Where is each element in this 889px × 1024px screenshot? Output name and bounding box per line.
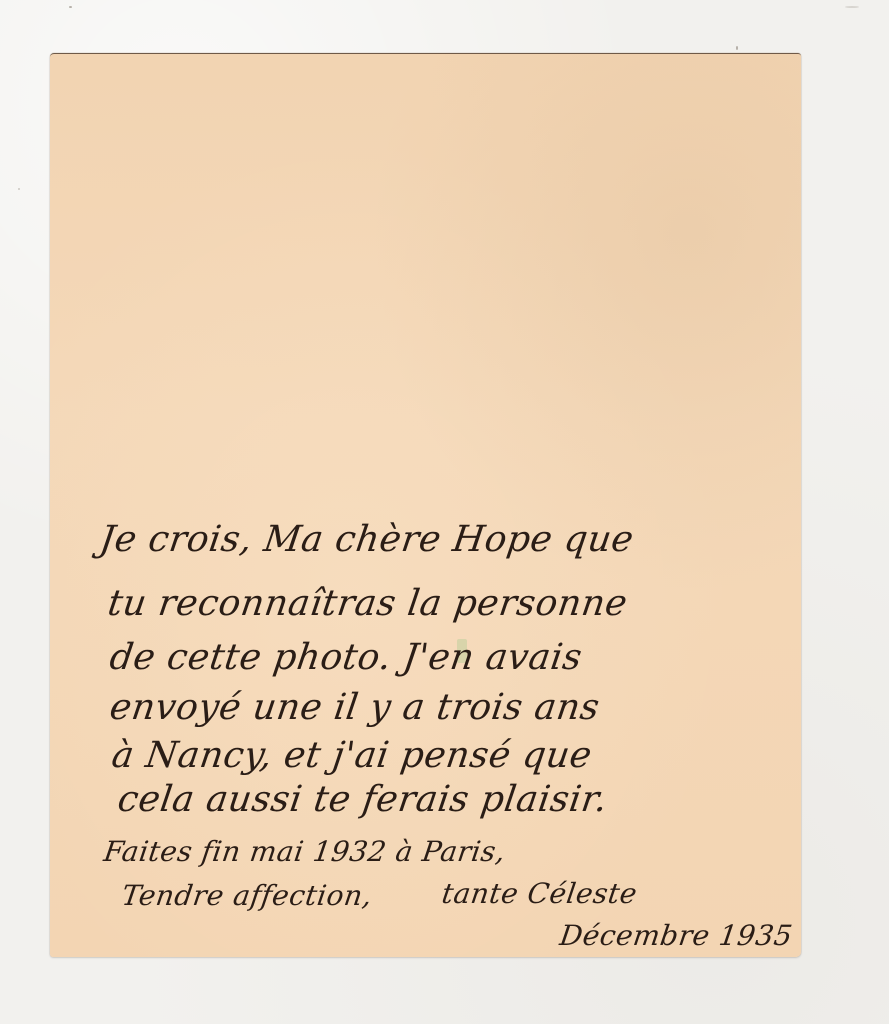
- letter-date: Décembre 1935: [558, 922, 794, 950]
- dust-speck: [845, 6, 859, 8]
- dust-speck: [736, 46, 738, 50]
- letter-line-6: cela aussi te ferais plaisir.: [115, 782, 609, 818]
- letter-line-4: envoyé une il y a trois ans: [107, 690, 601, 726]
- signature: tante Céleste: [440, 880, 639, 908]
- letter-line-3: de cette photo. J'en avais: [107, 640, 584, 676]
- letter-line-2: tu reconnaîtras la personne: [105, 586, 629, 622]
- photo-back-paper: [50, 53, 801, 957]
- closing-phrase: Tendre affection,: [120, 882, 374, 910]
- photo-date-note: Faites fin mai 1932 à Paris,: [102, 838, 507, 866]
- dust-speck: [18, 188, 20, 190]
- dust-speck: [69, 6, 72, 8]
- letter-line-5: à Nancy, et j'ai pensé que: [109, 738, 594, 774]
- letter-line-1: Je crois, Ma chère Hope que: [97, 522, 635, 558]
